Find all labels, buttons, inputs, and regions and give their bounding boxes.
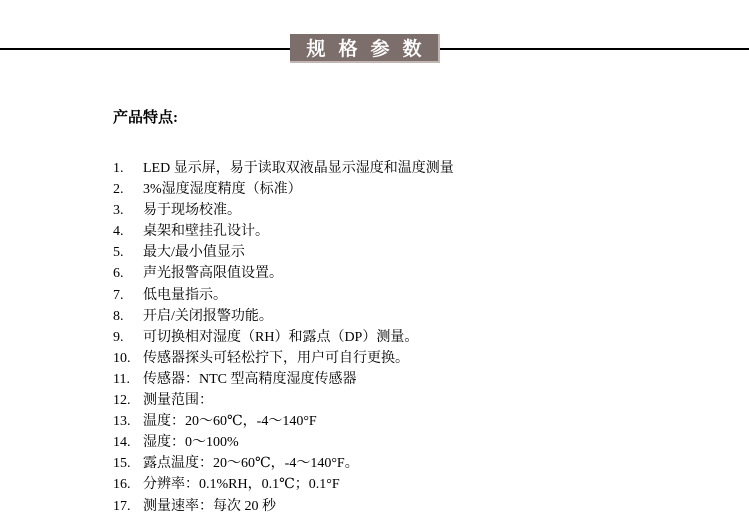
item-number: 17. [113,496,143,517]
item-text: 湿度：0～100% [143,432,239,453]
list-item: 5. 最大/最小值显示 [113,242,673,263]
item-number: 10. [113,348,143,369]
item-text: LED 显示屏，易于读取双液晶显示湿度和温度测量 [143,158,454,179]
item-number: 11. [113,369,143,390]
item-text: 传感器：NTC 型高精度湿度传感器 [143,369,357,390]
item-number: 16. [113,474,143,495]
item-number: 13. [113,411,143,432]
item-text: 温度：20～60℃，-4～140°F [143,411,317,432]
list-item: 10. 传感器探头可轻松拧下，用户可自行更换。 [113,348,673,369]
item-text: 3%湿度湿度精度（标准） [143,179,302,200]
list-item: 17. 测量速率：每次 20 秒 [113,496,673,517]
item-number: 12. [113,390,143,411]
spec-banner: 规格参数 [290,34,440,63]
list-item: 8. 开启/关闭报警功能。 [113,306,673,327]
list-item: 16. 分辨率：0.1%RH，0.1℃；0.1°F [113,474,673,495]
section-heading: 产品特点: [113,106,178,127]
item-number: 7. [113,285,143,306]
item-number: 6. [113,263,143,284]
feature-list: 1. LED 显示屏，易于读取双液晶显示湿度和温度测量 2. 3%湿度湿度精度（… [113,158,673,517]
list-item: 15. 露点温度：20～60℃，-4～140°F。 [113,453,673,474]
list-item: 4. 桌架和壁挂孔设计。 [113,221,673,242]
list-item: 2. 3%湿度湿度精度（标准） [113,179,673,200]
item-text: 可切换相对湿度（RH）和露点（DP）测量。 [143,327,418,348]
list-item: 3. 易于现场校准。 [113,200,673,221]
list-item: 13. 温度：20～60℃，-4～140°F [113,411,673,432]
item-text: 分辨率：0.1%RH，0.1℃；0.1°F [143,474,340,495]
item-text: 测量速率：每次 20 秒 [143,496,276,517]
item-text: 露点温度：20～60℃，-4～140°F。 [143,453,359,474]
item-text: 测量范围： [143,390,213,411]
item-number: 14. [113,432,143,453]
item-text: 开启/关闭报警功能。 [143,306,273,327]
item-text: 最大/最小值显示 [143,242,245,263]
list-item: 12. 测量范围： [113,390,673,411]
item-text: 低电量指示。 [143,285,227,306]
item-number: 4. [113,221,143,242]
banner-title: 规格参数 [306,34,434,61]
item-number: 2. [113,179,143,200]
list-item: 7. 低电量指示。 [113,285,673,306]
item-number: 9. [113,327,143,348]
item-number: 8. [113,306,143,327]
item-text: 传感器探头可轻松拧下，用户可自行更换。 [143,348,409,369]
item-number: 15. [113,453,143,474]
list-item: 9. 可切换相对湿度（RH）和露点（DP）测量。 [113,327,673,348]
list-item: 6. 声光报警高限值设置。 [113,263,673,284]
item-number: 1. [113,158,143,179]
item-number: 3. [113,200,143,221]
list-item: 1. LED 显示屏，易于读取双液晶显示湿度和温度测量 [113,158,673,179]
item-text: 易于现场校准。 [143,200,241,221]
item-text: 桌架和壁挂孔设计。 [143,221,269,242]
item-number: 5. [113,242,143,263]
list-item: 14. 湿度：0～100% [113,432,673,453]
list-item: 11. 传感器：NTC 型高精度湿度传感器 [113,369,673,390]
item-text: 声光报警高限值设置。 [143,263,283,284]
